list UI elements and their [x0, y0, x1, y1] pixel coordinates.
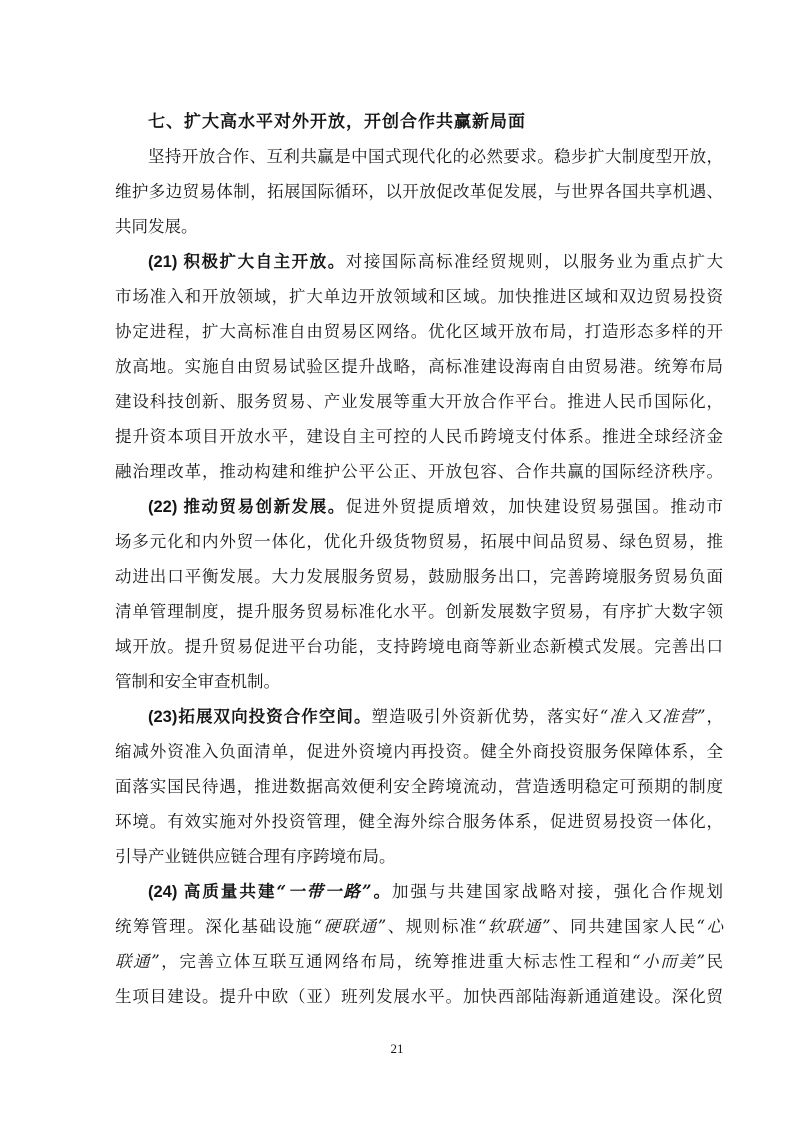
text-line: 域开放。提升贸易促进平台功能，支持跨境电商等新业态新模式发展。完善出口: [115, 629, 723, 664]
paragraph-24: (24) 高质量共建“一带一路”。加强与共建国家战略对接，强化合作规划 统筹管理…: [115, 874, 723, 1014]
paragraph-24-lead: (24) 高质量共建: [148, 883, 276, 901]
text-line: 共同发展。: [115, 209, 723, 244]
document-page: { "colors": { "background": "#ffffff", "…: [0, 0, 794, 1123]
quoted-phrase: “心: [697, 917, 724, 936]
paragraph-21-lead: (21) 积极扩大自主开放。: [148, 253, 346, 271]
paragraph-21: (21) 积极扩大自主开放。对接国际高标准经贸规则，以服务业为重点扩大 市场准入…: [115, 244, 723, 489]
text-line: 管制和安全审查机制。: [115, 664, 723, 699]
quoted-phrase: 联通”: [115, 952, 160, 971]
text-line: 维护多边贸易体制，拓展国际循环，以开放促改革促发展，与世界各国共享机遇、: [115, 174, 723, 209]
text-run: 对接国际高标准经贸规则，以服务业为重点扩大: [346, 252, 723, 271]
text-run: 塑造吸引外资新优势，落实好: [372, 707, 600, 726]
text-line: 引导产业链供应链合理有序跨境布局。: [115, 839, 723, 874]
text-run: 民: [705, 952, 723, 971]
paragraph-24-lead-period: 。: [371, 883, 392, 901]
text-run: 促进外贸提质增效，加快建设贸易强国。推动市: [346, 497, 723, 516]
section-heading: 七、扩大高水平对外开放，开创合作共赢新局面: [115, 104, 723, 139]
text-run: ，: [705, 707, 723, 726]
page-number: 21: [0, 1041, 794, 1057]
text-line: 缩减外资准入负面清单，促进外资境内再投资。健全外商投资服务保障体系，全: [115, 734, 723, 769]
paragraph-23: (23)拓展双向投资合作空间。塑造吸引外资新优势，落实好“准入又准营”， 缩减外…: [115, 699, 723, 874]
paragraph-23-lead: (23)拓展双向投资合作空间。: [148, 708, 372, 726]
quoted-phrase: “软联通”: [478, 917, 551, 936]
quoted-phrase: “硬联通”: [314, 917, 387, 936]
text-line: 联通”，完善立体互联互通网络布局，统筹推进重大标志性工程和“小而美”民: [115, 944, 723, 979]
text-line: 协定进程，扩大高标准自由贸易区网络。优化区域开放布局，打造形态多样的开: [115, 314, 723, 349]
text-line: 面落实国民待遇，推进数据高效便利安全跨境流动，营造透明稳定可预期的制度: [115, 769, 723, 804]
text-line: 动进出口平衡发展。大力发展服务贸易，鼓励服务出口，完善跨境服务贸易负面: [115, 559, 723, 594]
text-run: ，完善立体互联互通网络布局，统筹推进重大标志性工程和: [160, 952, 632, 971]
paragraph-22-lead: (22) 推动贸易创新发展。: [148, 498, 346, 516]
text-line: (21) 积极扩大自主开放。对接国际高标准经贸规则，以服务业为重点扩大: [115, 244, 723, 279]
text-line: 场多元化和内外贸一体化，优化升级货物贸易，拓展中间品贸易、绿色贸易，推: [115, 524, 723, 559]
quoted-phrase: “一带一路”: [276, 882, 371, 901]
text-line: 建设科技创新、服务贸易、产业发展等重大开放合作平台。推进人民币国际化，: [115, 384, 723, 419]
text-line: 环境。有效实施对外投资管理，健全海外综合服务体系，促进贸易投资一体化，: [115, 804, 723, 839]
text-line: 融治理改革，推动构建和维护公平公正、开放包容、合作共赢的国际经济秩序。: [115, 454, 723, 489]
quoted-phrase: “准入又准营”: [600, 707, 706, 726]
text-run: 、规则标准: [386, 917, 478, 936]
text-line: 放高地。实施自由贸易试验区提升战略，高标准建设海南自由贸易港。统筹布局: [115, 349, 723, 384]
text-line: 统筹管理。深化基础设施“硬联通”、规则标准“软联通”、同共建国家人民“心: [115, 909, 723, 944]
text-block: 七、扩大高水平对外开放，开创合作共赢新局面 坚持开放合作、互利共赢是中国式现代化…: [115, 104, 723, 1014]
text-run: 加强与共建国家战略对接，强化合作规划: [392, 882, 723, 901]
text-run: 、同共建国家人民: [551, 917, 697, 936]
text-line: (24) 高质量共建“一带一路”。加强与共建国家战略对接，强化合作规划: [115, 874, 723, 909]
text-line: 提升资本项目开放水平，建设自主可控的人民币跨境支付体系。推进全球经济金: [115, 419, 723, 454]
text-line: (23)拓展双向投资合作空间。塑造吸引外资新优势，落实好“准入又准营”，: [115, 699, 723, 734]
paragraph-22: (22) 推动贸易创新发展。促进外贸提质增效，加快建设贸易强国。推动市 场多元化…: [115, 489, 723, 699]
text-line: 生项目建设。提升中欧（亚）班列发展水平。加快西部陆海新通道建设。深化贸: [115, 979, 723, 1014]
text-line: 坚持开放合作、互利共赢是中国式现代化的必然要求。稳步扩大制度型开放，: [115, 139, 723, 174]
text-run: 统筹管理。深化基础设施: [115, 917, 314, 936]
paragraph-intro: 坚持开放合作、互利共赢是中国式现代化的必然要求。稳步扩大制度型开放， 维护多边贸…: [115, 139, 723, 244]
text-line: 清单管理制度，提升服务贸易标准化水平。创新发展数字贸易，有序扩大数字领: [115, 594, 723, 629]
text-line: 市场准入和开放领域，扩大单边开放领域和区域。加快推进区域和双边贸易投资: [115, 279, 723, 314]
text-line: (22) 推动贸易创新发展。促进外贸提质增效，加快建设贸易强国。推动市: [115, 489, 723, 524]
quoted-phrase: “小而美”: [632, 952, 705, 971]
